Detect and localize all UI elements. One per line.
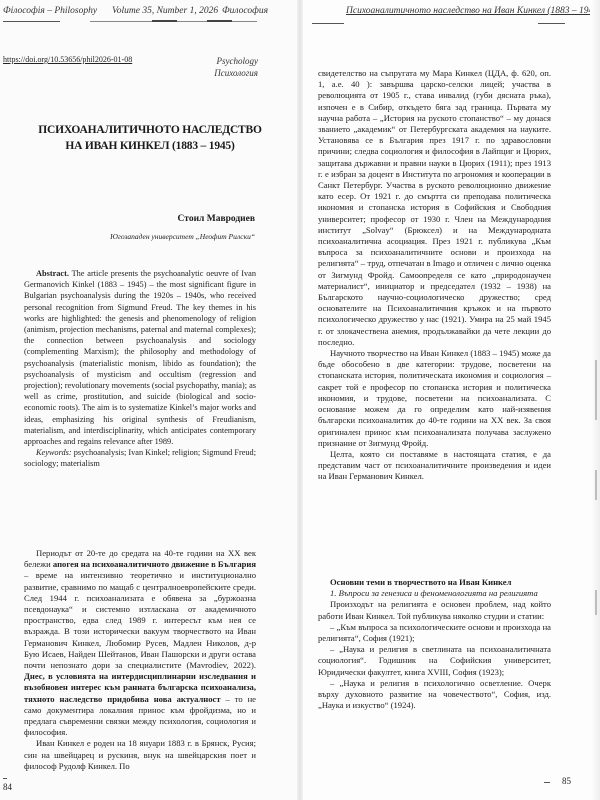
author-name: Стоил Мавродиев (178, 214, 255, 224)
page-number: 84 (3, 782, 12, 792)
title-line-1: ПСИХОАНАЛИТИЧНОТО НАСЛЕДСТВО (0, 122, 300, 138)
doi-link[interactable]: https://doi.org/10.53656/phil2026-01-08 (3, 55, 132, 64)
list-item: – „Наука и религия в светлината на психо… (318, 644, 551, 678)
title-line-2: НА ИВАН КИНКЕЛ (1883 – 1945) (0, 138, 300, 154)
edge-mark (595, 470, 597, 500)
running-head-volume: Volume 35, Number 1, 2026 (112, 6, 218, 16)
page-number-tick (3, 778, 7, 779)
rubric-en: Psychology (214, 55, 258, 67)
header-rule-left (3, 21, 60, 22)
header-rule-accent (207, 20, 232, 22)
list-item: – „Наука и религия в психологично осветл… (318, 678, 551, 712)
header-rule-accent (152, 20, 177, 22)
running-head-title: Психоаналитичното наследство на Иван Кин… (346, 6, 600, 16)
running-head-section: Философия (222, 6, 268, 16)
rubric: Psychology Психология (214, 55, 258, 79)
section-subheading: 1. Въпроси за генезиса и феноменологията… (318, 588, 551, 599)
abstract: Abstract. The article presents the psych… (24, 268, 256, 470)
running-head-journal: Філософія – Philosophy (3, 6, 97, 16)
page-85: Психоаналитичното наследство на Иван Кин… (300, 0, 600, 800)
text-run: – време на интензивно теоретично и инсти… (24, 570, 256, 670)
paragraph: свидетелство на съпругата му Мара Кинкел… (318, 68, 551, 348)
author-affiliation: Югозападен университет „Неофит Рилски“ (110, 232, 255, 241)
section-main-themes: Основни теми в творчеството на Иван Кинк… (318, 577, 551, 711)
paragraph: Научното творчество на Иван Кинкел (1883… (318, 348, 551, 449)
article-title: ПСИХОАНАЛИТИЧНОТО НАСЛЕДСТВО НА ИВАН КИН… (0, 122, 300, 154)
edge-mark (595, 360, 597, 420)
edge-mark (595, 590, 597, 615)
body-text-right: свидетелство на съпругата му Мара Кинкел… (318, 68, 551, 483)
book-spread: Філософія – Philosophy Volume 35, Number… (0, 0, 600, 800)
header-rule-right (538, 23, 565, 24)
page-number: 85 (562, 776, 571, 786)
body-text-left: Периодът от 20-те до средата на 40-те го… (24, 548, 256, 772)
abstract-label: Abstract. (36, 269, 69, 278)
book-gutter (297, 0, 303, 800)
page-edge (590, 0, 600, 800)
paragraph: Периодът от 20-те до средата на 40-те го… (24, 548, 256, 738)
header-rule-left (312, 23, 344, 24)
abstract-text: The article presents the psychoanalytic … (24, 269, 256, 446)
paragraph: Иван Кинкел е роден на 18 януари 1883 г.… (24, 738, 256, 772)
rubric-bg: Психология (214, 67, 258, 79)
section-heading: Основни теми в творчеството на Иван Кинк… (318, 577, 551, 588)
paragraph: Целта, която си поставяме в настоящата с… (318, 449, 551, 483)
page-84: Філософія – Philosophy Volume 35, Number… (0, 0, 300, 800)
page-number-tick (544, 782, 550, 783)
paragraph: Произходът на религията е основен пробле… (318, 599, 551, 621)
list-item: – „Към въпроса за психологическите основ… (318, 622, 551, 644)
keywords-label: Keywords: (36, 448, 72, 457)
text-run-bold: апогея на психоаналитичното движение в Б… (53, 559, 256, 569)
